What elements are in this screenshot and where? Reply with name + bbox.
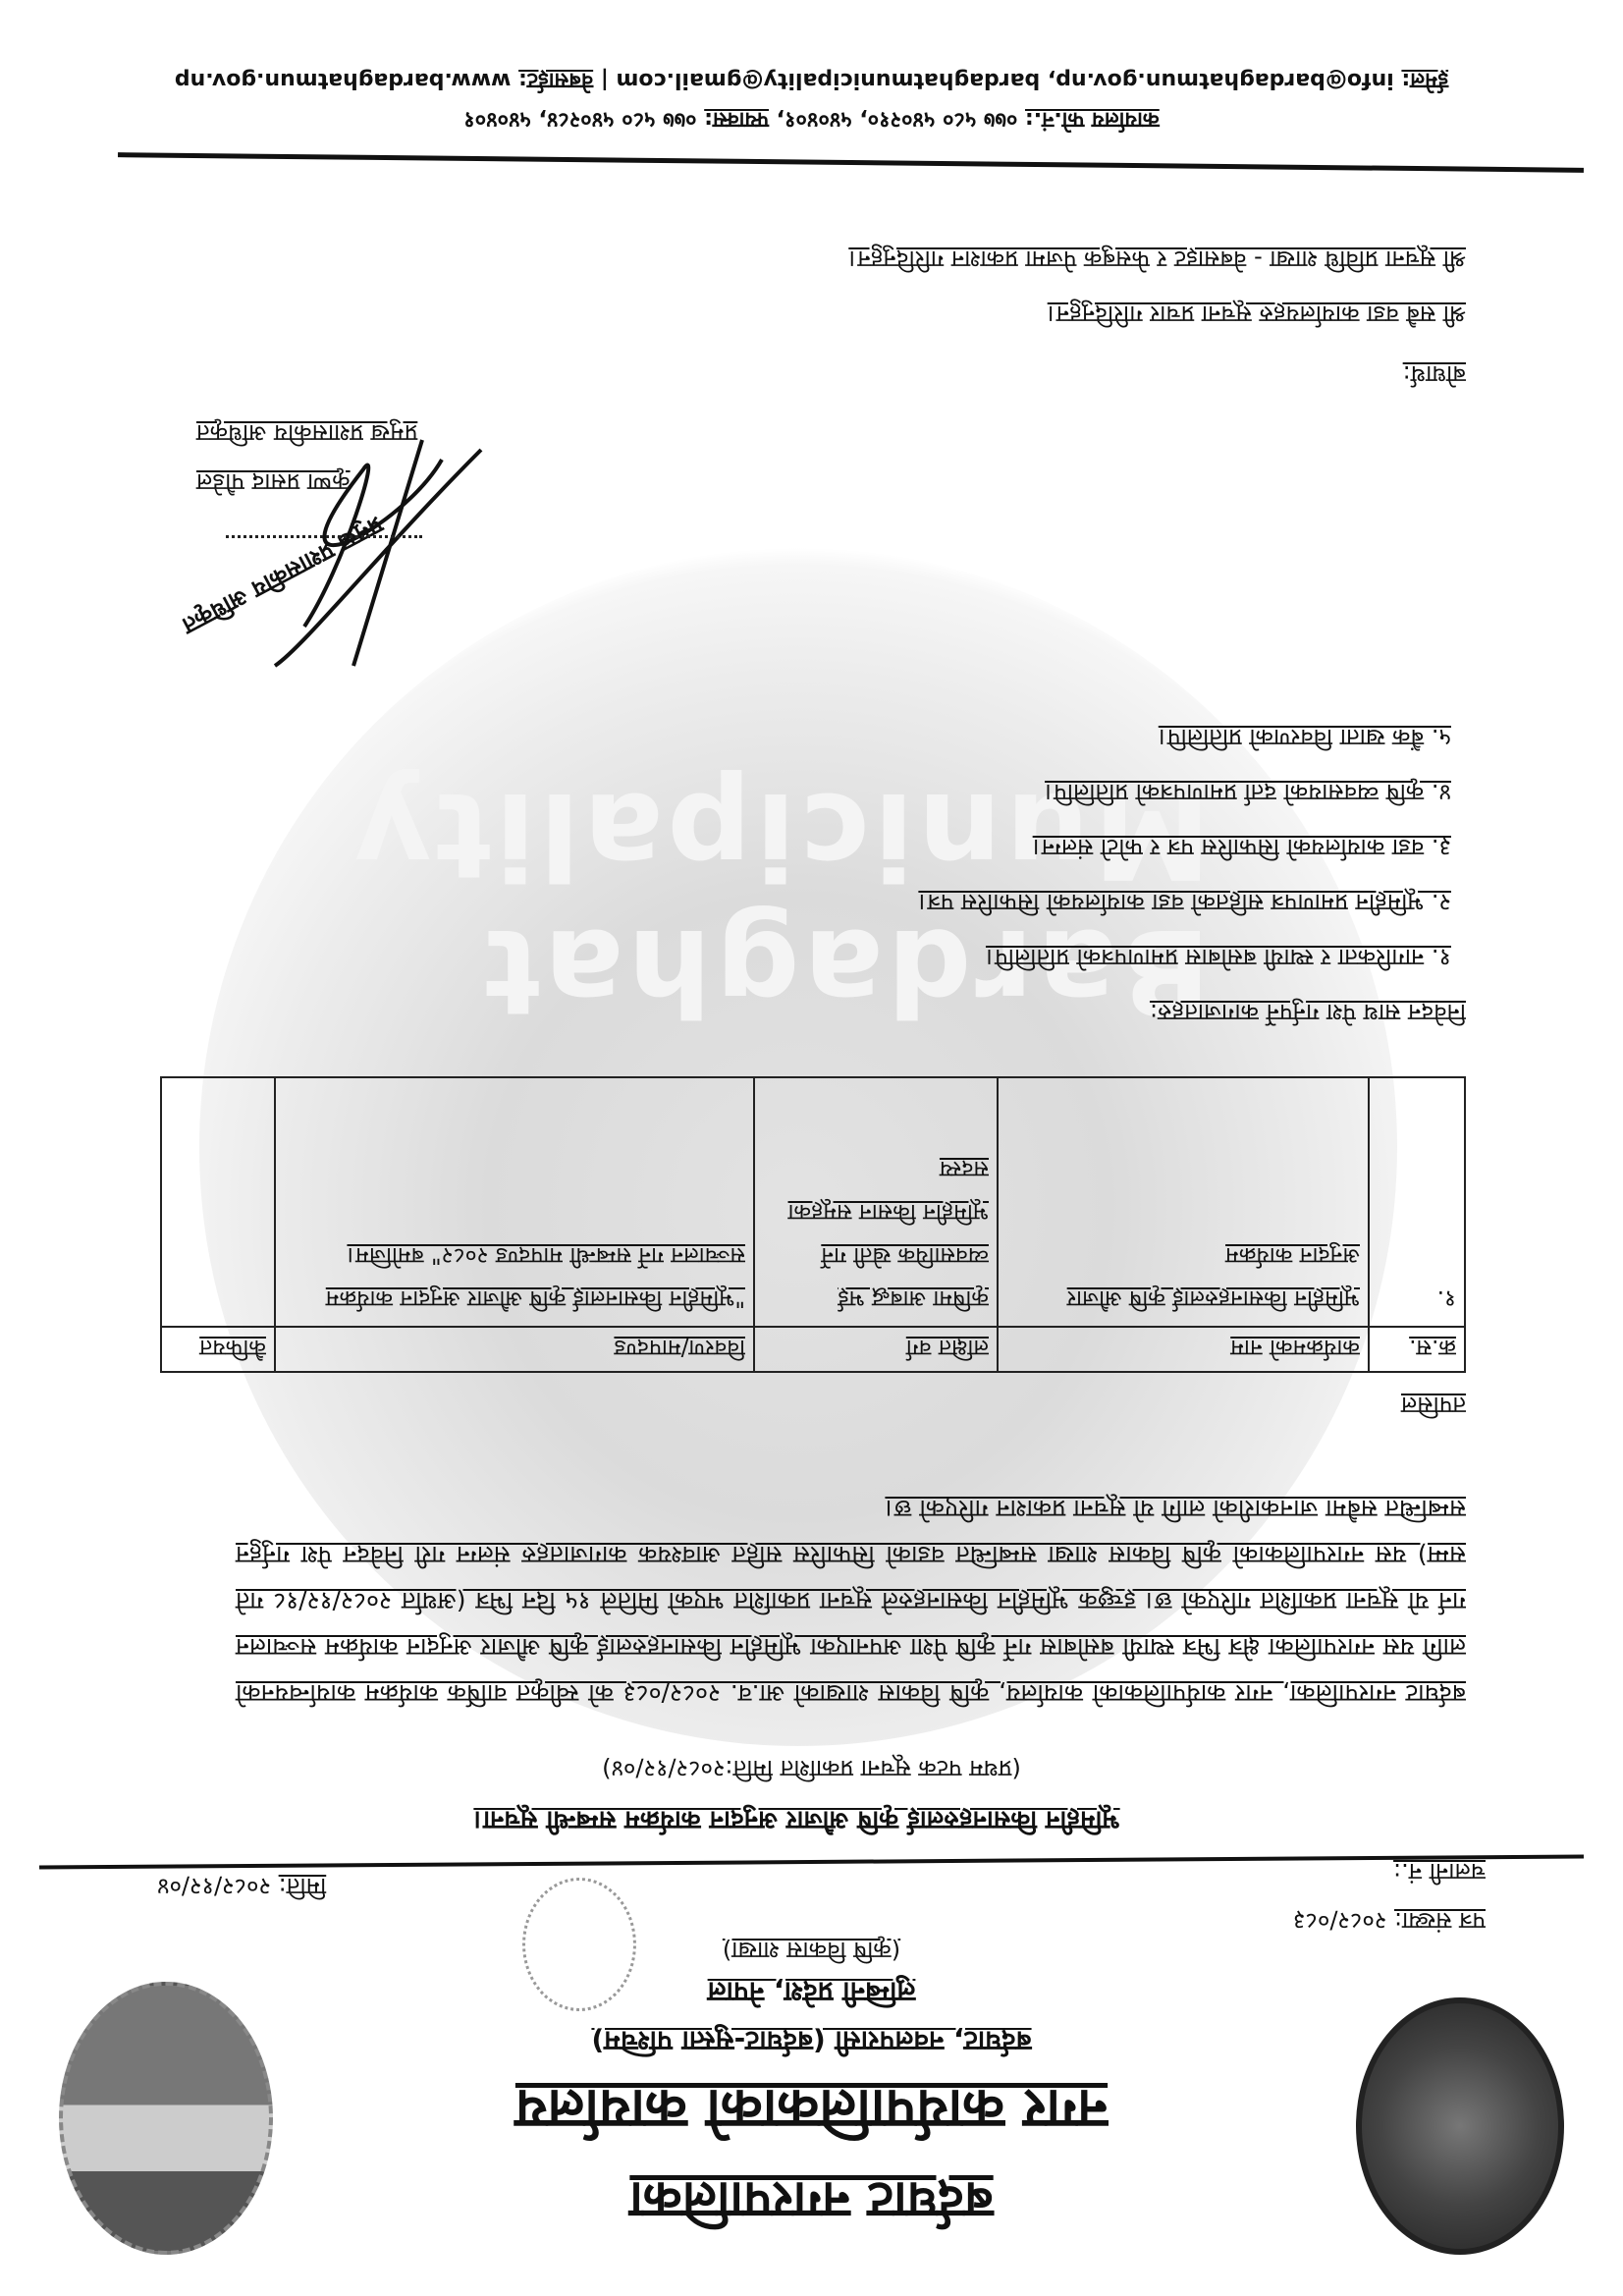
- table-caption: तपसिल: [1401, 1390, 1466, 1422]
- letter-date: मिति: २०८२/१२/०४: [157, 1871, 326, 1903]
- documents-list: १. नागरिकता र स्थायी बसोबास प्रमाणपत्रको…: [918, 710, 1451, 985]
- letter-number: पत्र संख्या: २०८२/०८३: [1293, 1905, 1486, 1938]
- signatory-name: कृष्ण प्रसाद पौडेल: [196, 466, 351, 499]
- cell-remarks: [161, 1077, 275, 1327]
- document-item: ३. वडा कार्यालयको सिफारिस पत्र र फोटो सं…: [918, 820, 1451, 875]
- cell-sn: १.: [1369, 1077, 1465, 1327]
- program-table: क्र.स. कार्यक्रमको नाम लक्षित वर्ग विवरण…: [160, 1076, 1466, 1373]
- cc-list: श्री सबै वडा कार्यालयहरु सूचना प्रचार गर…: [848, 232, 1466, 342]
- document-item: २. भूमिहीन प्रमाणपत्र सहितको वडा कार्याल…: [918, 875, 1451, 930]
- cc-item-text: श्री सूचना प्रविधि शाखा - वेबसाइट र फेसब…: [848, 246, 1466, 273]
- fax-label: फ्याक्स:: [704, 107, 769, 132]
- footer-contact: ईमेल: info@bardaghatmun.gov.np, bardagha…: [59, 67, 1564, 96]
- email-label: ईमेल:: [1401, 68, 1448, 92]
- notice-body: बर्दघाट नगरपालिका, नगर कार्यपालिकाको कार…: [236, 1486, 1466, 1717]
- office-name: नगर कार्यपालिकाको कार्यालय: [0, 2074, 1623, 2149]
- office-address: बर्दघाट, नवलपरासी (बर्दघाट-सुस्ता पश्चिम…: [0, 2023, 1623, 2060]
- documents-title: निवेदन साथ पेश गर्नुपर्ने कागजातहरु:: [1150, 997, 1466, 1029]
- fax-value: ०७७ ५८० ५४०२८४, ५४०४०१: [463, 107, 696, 132]
- col-details: विवरण/मापदण्ड: [275, 1327, 754, 1372]
- notice-paragraph: बर्दघाट नगरपालिका, नगर कार्यपालिकाको कार…: [236, 1495, 1466, 1708]
- chalani-label: चलानी नं.:: [1393, 1858, 1486, 1886]
- letter-number-label: पत्र संख्या:: [1394, 1907, 1486, 1935]
- col-target: लक्षित वर्ग: [754, 1327, 998, 1372]
- col-sn: क्र.स.: [1369, 1327, 1465, 1372]
- footer-phone: कार्यालय फो.नं.: ०७७ ५८० ५४०२१०, ५४०४०१,…: [0, 106, 1623, 136]
- header-divider: [39, 1855, 1584, 1870]
- office-stamp: [522, 1878, 636, 2011]
- table-header-row: क्र.स. कार्यक्रमको नाम लक्षित वर्ग विवरण…: [161, 1327, 1465, 1372]
- footer-divider: [118, 152, 1584, 173]
- email-value[interactable]: info@bardaghatmun.gov.np, bardaghatmunic…: [617, 68, 1394, 92]
- phone-label: कार्यालय फो.नं.:: [1025, 107, 1160, 132]
- document-item: ४. कृषि व्यवसायको दर्ता प्रमाणपत्रको प्र…: [918, 765, 1451, 820]
- first-published-date: (प्रथम पटक सूचना प्रकाशित मिति:२०८२/१२/०…: [0, 1753, 1623, 1785]
- phone-value: ०७७ ५८० ५४०२१०, ५४०४०१: [784, 107, 1017, 132]
- cc-title: बोधार्थ:: [1403, 358, 1466, 391]
- date-value: २०८२/१२/०४: [157, 1873, 271, 1900]
- table-row: १. भूमिहीन किसानहरुलाई कृषि औजार अनुदान …: [161, 1077, 1465, 1327]
- branch-name: (कृषि विकास शाखा): [0, 1935, 1623, 1967]
- municipality-name: बर्दघाट नगरपालिका: [0, 2167, 1623, 2237]
- website-label: वेबसाईट:: [518, 68, 593, 92]
- cell-details: "भूमिहीन किसानलाई कृषि औजार अनुदान कार्य…: [275, 1077, 754, 1327]
- document-item: ५. बैंक खाता विवरणको प्रतिलिपि।: [918, 710, 1451, 765]
- website-link[interactable]: www.bardaghatmun.gov.np: [175, 68, 512, 92]
- signature-line: [226, 535, 422, 538]
- letter-number-value: २०८२/०८३: [1293, 1907, 1386, 1935]
- col-remarks: कैफियत: [161, 1327, 275, 1372]
- cell-program: भूमिहीन किसानहरुलाई कृषि औजार अनुदान कार…: [998, 1077, 1369, 1327]
- document-page: Bardaghat Municipality बर्दघाट नगरपालिका…: [0, 0, 1623, 2296]
- cell-target: कृषिमा आबद्ध भई व्यवसायिक खेती गर्ने भूम…: [754, 1077, 998, 1327]
- province-name: लुम्बिनी प्रदेश, नेपाल: [0, 1974, 1623, 2011]
- col-program: कार्यक्रमको नाम: [998, 1327, 1369, 1372]
- chalani-number: चलानी नं.:: [1393, 1856, 1486, 1888]
- subject-line: भूमिहीन किसानहरुलाई कृषि औजार अनुदान कार…: [147, 1804, 1446, 1839]
- document-item: १. नागरिकता र स्थायी बसोबास प्रमाणपत्रको…: [918, 930, 1451, 985]
- cc-item: श्री सूचना प्रविधि शाखा - वेबसाइट र फेसब…: [848, 232, 1466, 287]
- date-label: मिति:: [279, 1873, 327, 1900]
- signatory-title: प्रमुख प्रशासकीय अधिकृत: [196, 417, 417, 450]
- cc-item-text: श्री सबै वडा कार्यालयहरु सूचना प्रचार गर…: [1048, 301, 1466, 328]
- cc-item: श्री सबै वडा कार्यालयहरु सूचना प्रचार गर…: [848, 287, 1466, 342]
